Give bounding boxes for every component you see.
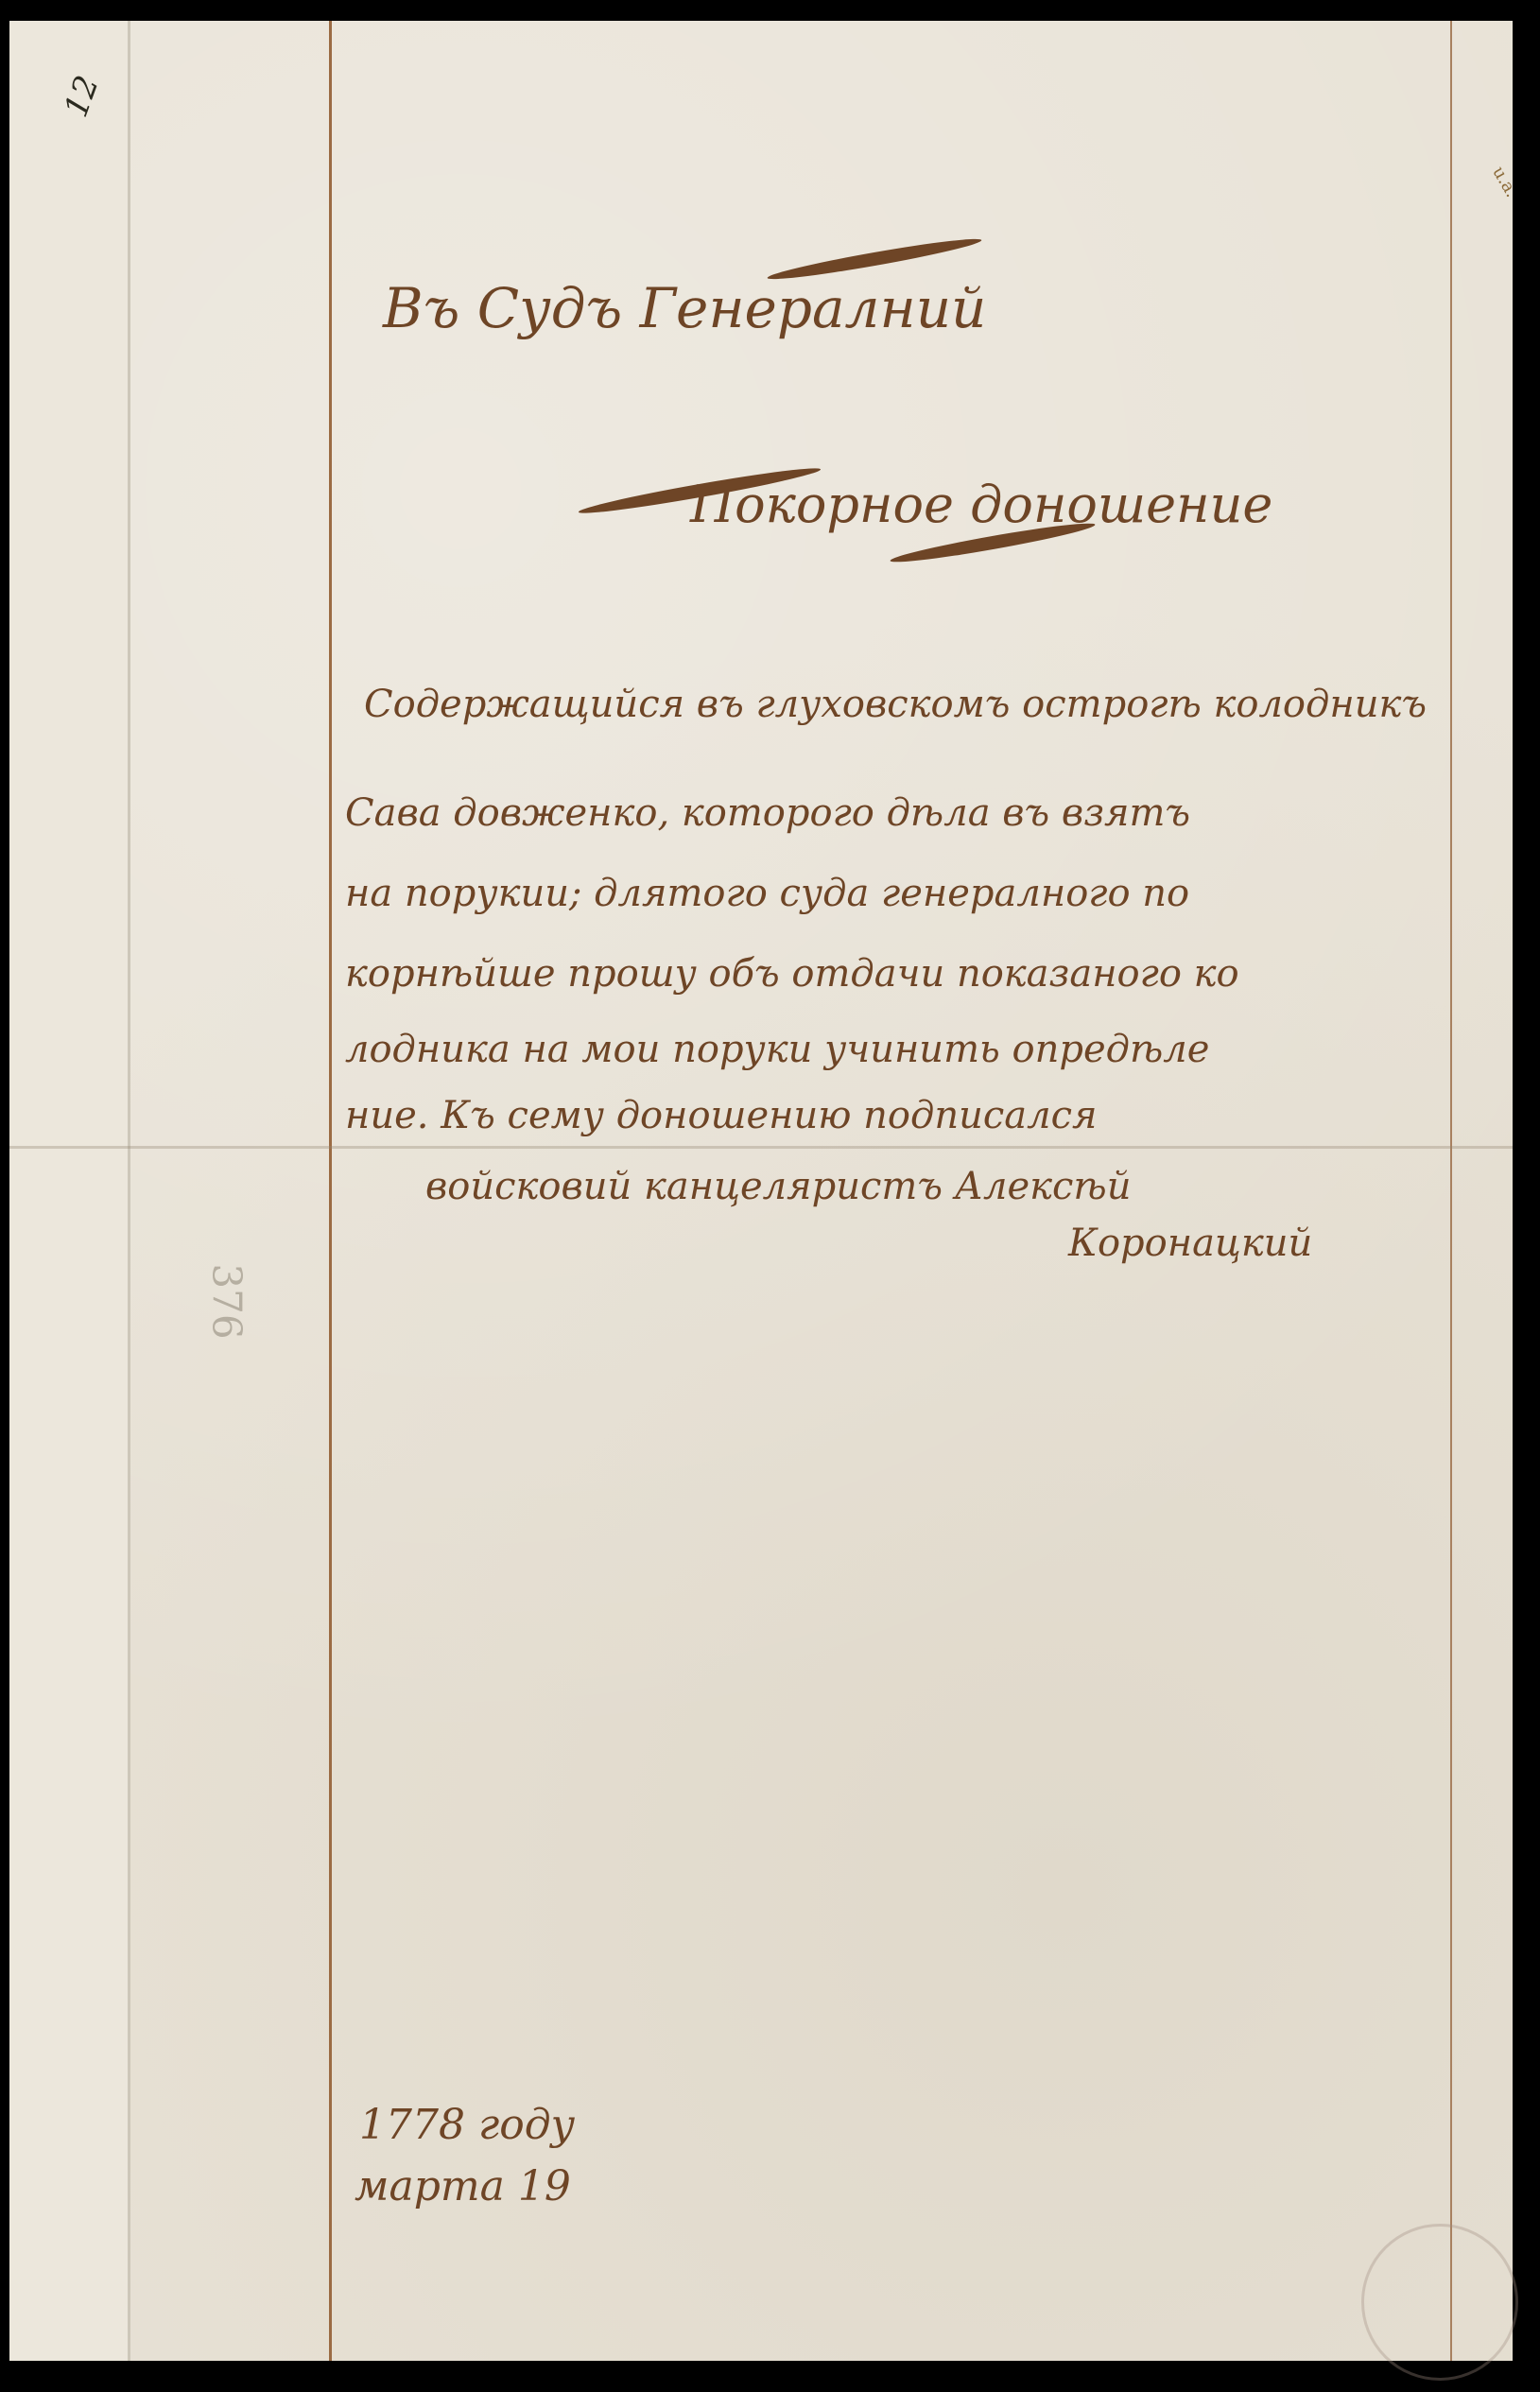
body-line: Содержащийся въ глуховскомъ острогѣ коло…: [364, 683, 1427, 726]
signature-title: войсковий канцеляристъ Алексѣй: [425, 1165, 1131, 1208]
torn-paper-edge: [9, 21, 130, 2361]
date-year: 1778 году: [359, 2101, 575, 2149]
address-line: Въ Судъ Генералний: [383, 276, 986, 340]
body-line: на порукии; длятого суда генералного по: [345, 872, 1189, 915]
document-page: 12 u.a. 376 Въ Судъ Генералний Покорное …: [9, 21, 1513, 2361]
left-margin-line: [329, 21, 332, 2361]
document-title: Покорное доношение: [690, 475, 1272, 534]
archive-stamp: [1361, 2224, 1518, 2381]
corner-note: u.a.: [1488, 164, 1521, 201]
body-line: лодника на мои поруки учинить опредѣле: [345, 1028, 1209, 1071]
body-line: корнѣйше прошу объ отдачи показаного ко: [345, 952, 1239, 996]
right-margin-line: [1450, 21, 1452, 2361]
margin-pencil-note: 376: [204, 1263, 251, 1339]
date-day: марта 19: [355, 2162, 571, 2210]
paper-fold: [9, 1146, 1513, 1149]
body-line: Сава довженко, которого дѣла въ взятъ: [345, 791, 1190, 835]
body-line: ние. Къ сему доношению подписался: [345, 1094, 1098, 1137]
signature-name: Коронацкий: [1068, 1222, 1312, 1265]
